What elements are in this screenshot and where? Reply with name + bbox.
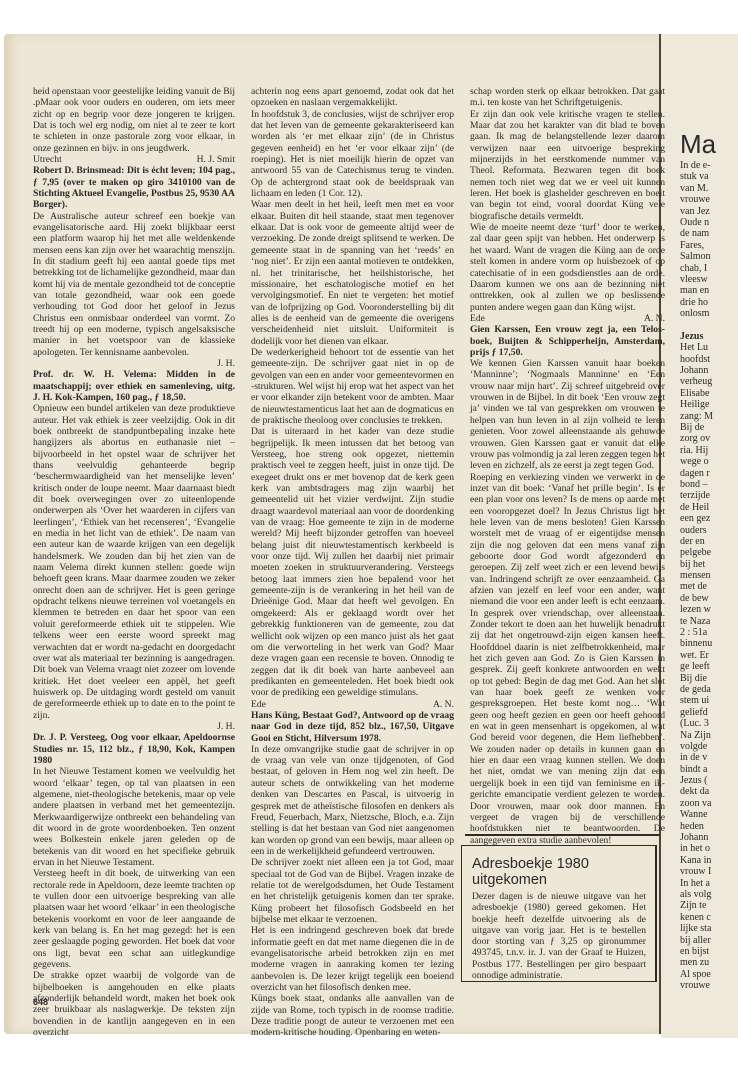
review-body-paragraph: achterin nog eens apart genoemd, zodat o… <box>251 86 454 109</box>
right-page-line: zoon va <box>680 798 738 809</box>
page-number: 648 <box>33 997 48 1007</box>
right-page-line: Kana in <box>680 855 738 866</box>
right-page-line: Al spoe <box>680 969 738 980</box>
right-page-line: kenen c <box>680 912 738 923</box>
right-page-line: Fares, <box>680 240 738 251</box>
column-2: achterin nog eens apart genoemd, zodat o… <box>251 86 454 1039</box>
review-body-paragraph: De strakke opzet waarbij de volgorde van… <box>33 970 235 1038</box>
horizontal-rule <box>465 834 660 836</box>
right-page-line: Johann <box>680 365 738 376</box>
right-page-line: als volg <box>680 889 738 900</box>
right-page-line: Johann <box>680 832 738 843</box>
review-heading-velema: Prof. dr. W. H. Velema: Midden in de maa… <box>33 369 235 403</box>
review-body-paragraph: Roeping en verkiezing vinden we verwerkt… <box>470 472 665 846</box>
right-page-text-fragment: In de e-stuk vavan M.vrouwevan JezOude n… <box>680 160 738 992</box>
right-page-line: bij het <box>680 559 738 570</box>
right-page-line: de bew <box>680 593 738 604</box>
right-page-line: vleesw <box>680 274 738 285</box>
signature-place: Ede <box>251 699 266 710</box>
right-page-line: 2 : 51a <box>680 627 738 638</box>
right-page-line: bij aller <box>680 935 738 946</box>
signature-place: Utrecht <box>33 154 62 165</box>
right-page-line: lijke sta <box>680 923 738 934</box>
right-page-line: volgde <box>680 741 738 752</box>
right-page-line: ouders <box>680 525 738 536</box>
review-heading-brinsmead: Robert D. Brinsmead: Dit is écht leven; … <box>33 165 235 210</box>
right-page-line: Heilige <box>680 399 738 410</box>
right-page-line: bindt a <box>680 764 738 775</box>
right-page-line: ge leeft <box>680 661 738 672</box>
right-page-line: van Jez <box>680 206 738 217</box>
right-page-line: de nam <box>680 228 738 239</box>
announcement-title: Adresboekje 1980 uitgekomen <box>472 856 646 888</box>
review-heading-kung: Hans Küng, Bestaat God?, Antwoord op de … <box>251 710 454 744</box>
right-page-line: met de <box>680 581 738 592</box>
announcement-body: Dezer dagen is de nieuwe uitgave van het… <box>472 891 646 981</box>
review-signature: J. H. <box>33 721 235 732</box>
announcement-box: Adresboekje 1980 uitgekomen Dezer dagen … <box>461 845 657 982</box>
review-signature: J. H. <box>33 358 235 369</box>
right-page-line: stem ui <box>680 695 738 706</box>
review-signature: Ede A. N. <box>251 699 454 710</box>
right-page-line: Bij die <box>680 673 738 684</box>
review-body-paragraph: We kennen Gien Karssen vanuit haar boeke… <box>470 358 665 471</box>
right-page-line: Zijn te <box>680 900 738 911</box>
column-3: schap worden sterk op elkaar betrokken. … <box>470 86 665 846</box>
right-page-line: Het Lu <box>680 342 738 353</box>
signature-place: Ede <box>470 313 485 324</box>
right-page-line: de Heil <box>680 502 738 513</box>
right-page-line: Na Zijn <box>680 730 738 741</box>
review-body-paragraph: De schrijver zoekt niet alleen een ja to… <box>251 857 454 925</box>
announcement-title-line: Adresboekje 1980 <box>472 856 646 872</box>
review-body-paragraph: In het Nieuwe Testament komen we veelvul… <box>33 766 235 868</box>
right-page-line: zorg ov <box>680 433 738 444</box>
right-page-line: Wanne <box>680 809 738 820</box>
right-page-line: binnenu <box>680 638 738 649</box>
signature-author: A. N. <box>433 699 454 710</box>
signature-author: H. J. Smit <box>197 154 235 165</box>
review-body-paragraph: Wie de moeite neemt deze ‘turf’ door te … <box>470 222 665 313</box>
right-page-line: zang: M <box>680 411 738 422</box>
right-page-line: der en <box>680 536 738 547</box>
review-body-paragraph: Waar men deelt in het heil, leeft men me… <box>251 199 454 346</box>
right-page-line: man en <box>680 285 738 296</box>
right-page-line <box>680 319 738 330</box>
right-page-line: bond – <box>680 479 738 490</box>
right-page-line: vrouwe <box>680 194 738 205</box>
right-page-line: Salmon <box>680 251 738 262</box>
review-body-velema: Opnieuw een bundel artikelen van deze pr… <box>33 403 235 721</box>
signature-author: A. N. <box>644 313 665 324</box>
signature-author: J. H. <box>217 721 235 732</box>
right-page-line: men zu <box>680 957 738 968</box>
right-page-line: verheug <box>680 376 738 387</box>
announcement-title-line: uitgekomen <box>472 872 646 888</box>
right-page-line: terzijde <box>680 490 738 501</box>
right-page-line: mensen <box>680 570 738 581</box>
review-signature: Ede A. N. <box>470 313 665 324</box>
right-page-line: Bij de <box>680 422 738 433</box>
intro-signature: Utrecht H. J. Smit <box>33 154 235 165</box>
right-page-line: van M. <box>680 183 738 194</box>
right-page-line: te Naza <box>680 616 738 627</box>
right-page-line: heden <box>680 821 738 832</box>
right-page-line: pelgebe <box>680 547 738 558</box>
right-page-line: (Luc. 3 <box>680 718 738 729</box>
right-page-line: hoofdst <box>680 354 738 365</box>
right-page-line: In het a <box>680 878 738 889</box>
right-page-line: chab, I <box>680 263 738 274</box>
right-page-line: dekt da <box>680 786 738 797</box>
right-page-line: Jezus ( <box>680 775 738 786</box>
review-body-paragraph: In hoofdstuk 3, de conclusies, wijst de … <box>251 109 454 200</box>
right-page-line: onlosm <box>680 308 738 319</box>
right-page-line: ria. Hij <box>680 445 738 456</box>
right-page-line: geliefd <box>680 707 738 718</box>
right-page-line: In de e- <box>680 160 738 171</box>
review-body-paragraph: Küngs boek staat, ondanks alle aanvallen… <box>251 993 454 1038</box>
right-page-line: Elisabe <box>680 388 738 399</box>
review-body-paragraph: Versteeg heeft in dit boek, de uitwerkin… <box>33 868 235 970</box>
review-body-paragraph: schap worden sterk op elkaar betrokken. … <box>470 86 665 109</box>
right-page-line: stuk va <box>680 171 738 182</box>
right-page-line: in de v <box>680 752 738 763</box>
right-page-line: wet. Er <box>680 650 738 661</box>
column-1: heid openstaan voor geestelijke leiding … <box>33 86 235 1038</box>
review-body-paragraph: Er zijn dan ook vele kritische vragen te… <box>470 109 665 222</box>
review-body-paragraph: De wederkerigheid behoort tot de essenti… <box>251 347 454 426</box>
right-page-line: Jezus <box>680 331 738 342</box>
right-page-line: Oude n <box>680 217 738 228</box>
review-heading-karssen: Gien Karssen, Een vrouw zegt ja, een Tel… <box>470 324 665 358</box>
right-page-title-fragment: Ma <box>680 130 716 158</box>
right-page-line: vrouw I <box>680 866 738 877</box>
review-body-paragraph: In deze omvangrijke studie gaat de schri… <box>251 744 454 857</box>
right-page-line: dagen r <box>680 468 738 479</box>
review-body-brinsmead: De Australische auteur schreef een boekj… <box>33 211 235 358</box>
right-page-line: lezen w <box>680 604 738 615</box>
signature-author: J. H. <box>217 358 235 369</box>
review-body-paragraph: Het is een indringend geschreven boek da… <box>251 925 454 993</box>
right-page-line: een gez <box>680 513 738 524</box>
right-page-line: wege o <box>680 456 738 467</box>
right-page-line: drie ho <box>680 297 738 308</box>
right-page-line: in het o <box>680 843 738 854</box>
right-page-line: en bijst <box>680 946 738 957</box>
right-page-line: vrouwe <box>680 980 738 991</box>
review-body-paragraph: Dat is uiteraard in het kader van deze s… <box>251 426 454 698</box>
review-heading-versteeg: Dr. J. P. Versteeg, Oog voor elkaar, Ape… <box>33 732 235 766</box>
intro-paragraph: heid openstaan voor geestelijke leiding … <box>33 86 235 154</box>
right-page-line: de geda <box>680 684 738 695</box>
